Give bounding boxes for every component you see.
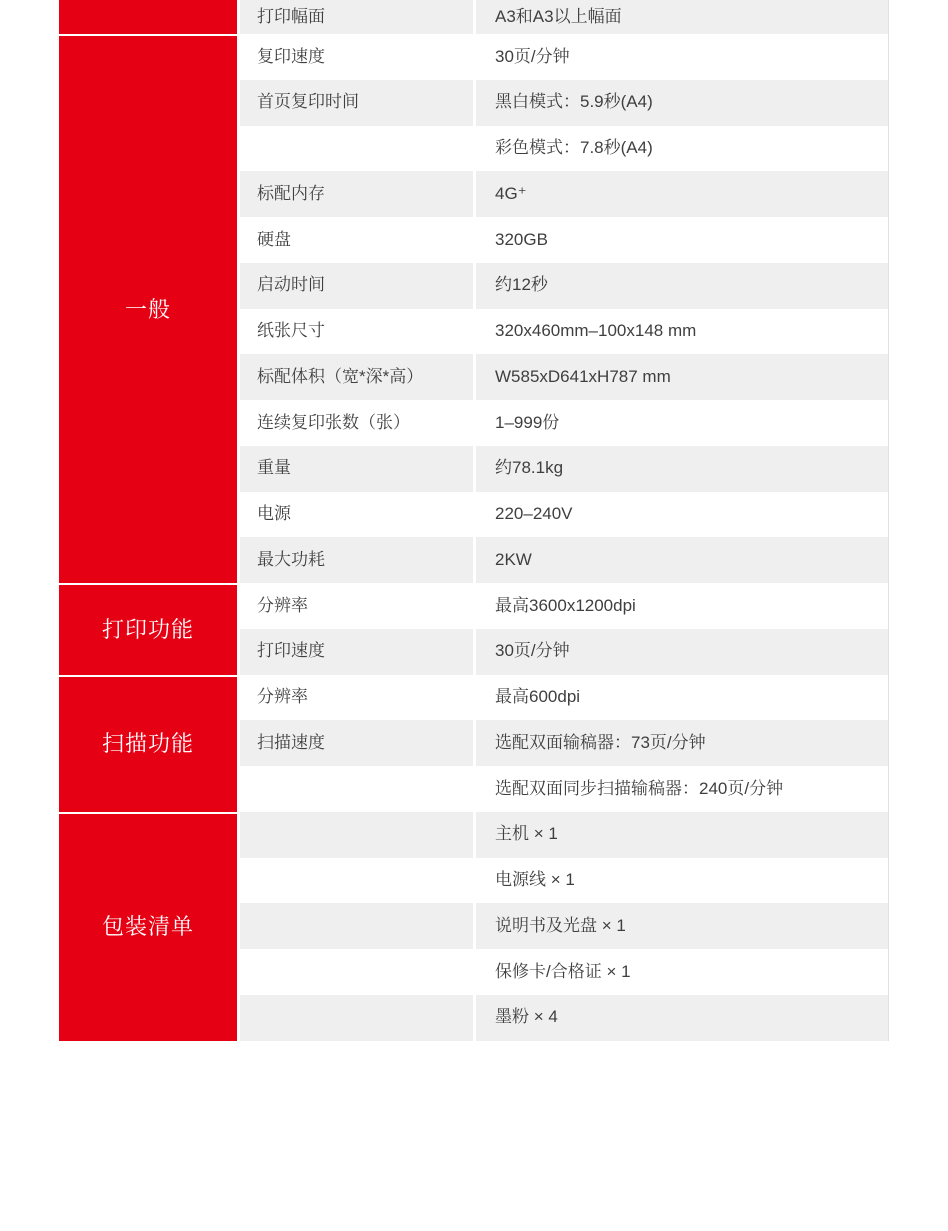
spec-name: 标配内存 bbox=[240, 171, 473, 217]
section-header-4: 包装清单 bbox=[59, 812, 237, 1041]
spec-name bbox=[240, 126, 473, 172]
spec-value: A3和A3以上幅面 bbox=[476, 0, 888, 34]
spec-value: 2KW bbox=[476, 537, 888, 583]
section-header-1: 一般 bbox=[59, 34, 237, 583]
spec-value: 约12秒 bbox=[476, 263, 888, 309]
spec-name bbox=[240, 858, 473, 904]
spec-name: 硬盘 bbox=[240, 217, 473, 263]
section-header-2: 打印功能 bbox=[59, 583, 237, 675]
section-label: 打印功能 bbox=[102, 619, 194, 641]
spec-name: 启动时间 bbox=[240, 263, 473, 309]
spec-value: 320GB bbox=[476, 217, 888, 263]
spec-value: 选配双面同步扫描输稿器：240页/分钟 bbox=[476, 766, 888, 812]
spec-value: 主机 × 1 bbox=[476, 812, 888, 858]
spec-value: 彩色模式：7.8秒(A4) bbox=[476, 126, 888, 172]
spec-value: 30页/分钟 bbox=[476, 34, 888, 80]
spec-name: 最大功耗 bbox=[240, 537, 473, 583]
spec-name: 扫描速度 bbox=[240, 720, 473, 766]
spec-name: 首页复印时间 bbox=[240, 80, 473, 126]
spec-value: 220–240V bbox=[476, 492, 888, 538]
spec-name: 电源 bbox=[240, 492, 473, 538]
section-header-top bbox=[59, 0, 237, 34]
spec-name: 复印速度 bbox=[240, 34, 473, 80]
spec-value: 墨粉 × 4 bbox=[476, 995, 888, 1041]
page: { "colors": { "accent_red": "#e60014", "… bbox=[0, 0, 948, 1231]
spec-name: 连续复印张数（张） bbox=[240, 400, 473, 446]
spec-value: 电源线 × 1 bbox=[476, 858, 888, 904]
spec-value: W585xD641xH787 mm bbox=[476, 354, 888, 400]
spec-name bbox=[240, 766, 473, 812]
spec-name: 标配体积（宽*深*高） bbox=[240, 354, 473, 400]
spec-value: 30页/分钟 bbox=[476, 629, 888, 675]
spec-value: 最高3600x1200dpi bbox=[476, 583, 888, 629]
spec-name bbox=[240, 812, 473, 858]
spec-name bbox=[240, 903, 473, 949]
spec-name: 纸张尺寸 bbox=[240, 309, 473, 355]
spec-name: 分辨率 bbox=[240, 675, 473, 721]
spec-table: 一般打印功能扫描功能包装清单打印幅面A3和A3以上幅面复印速度30页/分钟首页复… bbox=[59, 0, 889, 1041]
spec-name: 分辨率 bbox=[240, 583, 473, 629]
spec-name bbox=[240, 949, 473, 995]
spec-name: 打印速度 bbox=[240, 629, 473, 675]
spec-value: 保修卡/合格证 × 1 bbox=[476, 949, 888, 995]
spec-value: 320x460mm–100x148 mm bbox=[476, 309, 888, 355]
section-header-3: 扫描功能 bbox=[59, 675, 237, 812]
spec-value: 最高600dpi bbox=[476, 675, 888, 721]
spec-value: 约78.1kg bbox=[476, 446, 888, 492]
spec-name: 打印幅面 bbox=[240, 0, 473, 34]
spec-value: 1–999份 bbox=[476, 400, 888, 446]
section-label: 一般 bbox=[125, 299, 171, 321]
section-label: 包装清单 bbox=[102, 916, 194, 938]
spec-value: 选配双面输稿器：73页/分钟 bbox=[476, 720, 888, 766]
spec-value: 说明书及光盘 × 1 bbox=[476, 903, 888, 949]
spec-name: 重量 bbox=[240, 446, 473, 492]
section-label: 扫描功能 bbox=[102, 733, 194, 755]
spec-name bbox=[240, 995, 473, 1041]
spec-value: 黑白模式：5.9秒(A4) bbox=[476, 80, 888, 126]
spec-value: 4G⁺ bbox=[476, 171, 888, 217]
